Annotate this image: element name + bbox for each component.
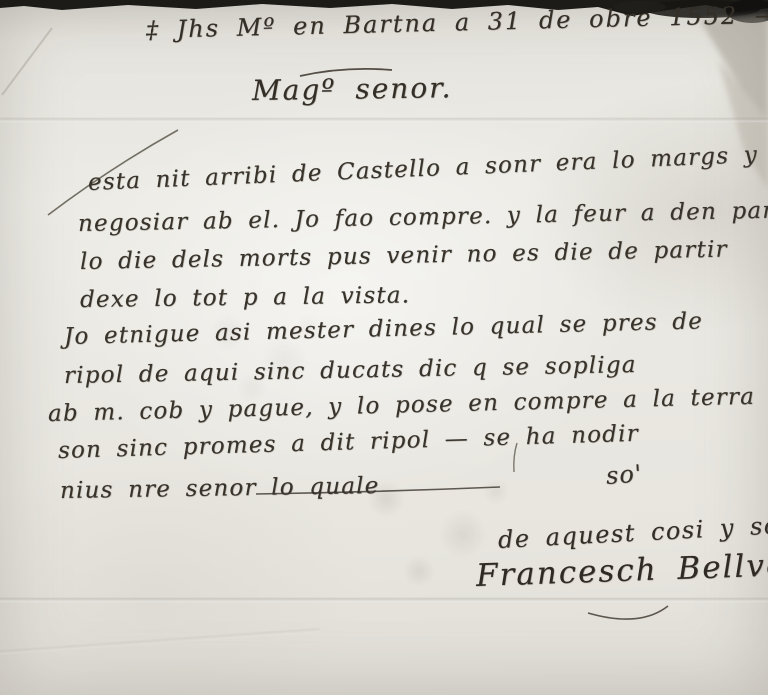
body-line-4: dexe lo tot p a la vista. bbox=[80, 282, 411, 313]
body-line-1: esta nit arribi de Castello a sonr era l… bbox=[87, 140, 768, 196]
signature-descender-flourish bbox=[588, 606, 668, 619]
body-line-5: Jo etnigue asi mester dines lo qual se p… bbox=[64, 308, 704, 350]
body-line-2: negosiar ab el. Jo fao compre. y la feur… bbox=[78, 197, 768, 237]
letter-scan-page: ‡ Jhs Mº en Bartna a 31 de obre 1552 — +… bbox=[0, 0, 768, 695]
body-line-6: ripol de aqui sinc ducats dic q se sopli… bbox=[64, 352, 637, 389]
crease-upper bbox=[0, 118, 768, 122]
crease-bottom-left bbox=[0, 628, 320, 656]
top-left-crease bbox=[2, 28, 52, 95]
body-line-3: lo die dels morts pus venir no es die de… bbox=[80, 237, 728, 275]
header-dateline: ‡ Jhs Mº en Bartna a 31 de obre 1552 — + bbox=[146, 0, 768, 44]
body-line-7: ab m. cob y pague, y lo pose en compre a… bbox=[48, 384, 756, 427]
salutation: Magº senor. bbox=[252, 71, 453, 107]
closing-word: so' bbox=[605, 459, 643, 489]
body-line-9: nius nre senor lo quale bbox=[60, 473, 380, 504]
